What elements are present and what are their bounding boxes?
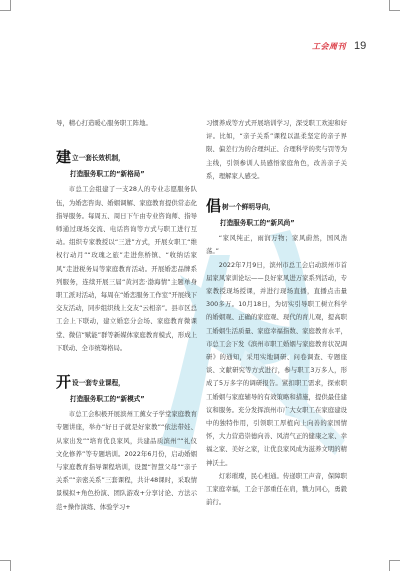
- section-title: 树一个鲜明导向，: [222, 201, 275, 214]
- section-heading: 建 立一套长效机制， 打造服务职工的“新格局”: [56, 150, 197, 181]
- drop-char: 倡: [206, 199, 221, 214]
- crop-mark-top-left: [0, 0, 11, 11]
- section-subtitle: 打造服务职工的“新模式”: [56, 393, 197, 406]
- section-heading: 开 设一套专业课程， 打造服务职工的“新模式”: [56, 375, 197, 406]
- left-column: 导，精心打造暖心服务职工阵地。 建 立一套长效机制， 打造服务职工的“新格局” …: [56, 117, 197, 514]
- section-title: 设一套专业课程，: [72, 377, 125, 390]
- section-heading: 倡 树一个鲜明导向， 打造服务职工的“新风尚”: [206, 199, 347, 230]
- crop-mark-top-right: [389, 0, 400, 11]
- drop-char: 开: [56, 375, 71, 390]
- page-number: 19: [354, 40, 366, 52]
- body-paragraph: 市总工会积极开展滨州工薰女子学堂家庭教育专题讲座，举办“好日子就是好家教”“依法…: [56, 408, 197, 514]
- crop-mark-bottom-left: [0, 560, 11, 571]
- section-title: 立一套长效机制，: [72, 152, 125, 165]
- right-column: 习惯养成等方式开展培训学习，深受职工欢迎和好评。比如，“亲子关系”课程以温柔坚定…: [206, 117, 347, 509]
- magazine-name: 工会周刊: [312, 41, 346, 52]
- body-paragraph: 2022年7月9日，滨州市总工会启动滨州市首届家风家训论坛——良好家风进万家系列…: [206, 259, 347, 470]
- section-subtitle: 打造服务职工的“新格局”: [56, 168, 197, 181]
- closing-paragraph: 灯彩璀璨，民心相通。传递职工声音，保障职工家庭幸福，工会干部重任在肩，戮力同心，…: [206, 470, 347, 510]
- quote-paragraph: “家风纯正，雨润万物；家风蔚然，国风浩荡。”: [206, 232, 347, 258]
- lead-paragraph: 习惯养成等方式开展培训学习，深受职工欢迎和好评。比如，“亲子关系”课程以温柔坚定…: [206, 117, 347, 183]
- page-header: 工会周刊 19: [312, 40, 366, 52]
- lead-paragraph: 导，精心打造暖心服务职工阵地。: [56, 117, 197, 130]
- crop-mark-bottom-right: [389, 560, 400, 571]
- drop-char: 建: [56, 150, 71, 165]
- body-paragraph: 市总工会组建了一支28人的专业志愿服务队伍，为婚恋咨询、婚姻调解、家庭教育提供常…: [56, 183, 197, 355]
- section-subtitle: 打造服务职工的“新风尚”: [206, 217, 347, 230]
